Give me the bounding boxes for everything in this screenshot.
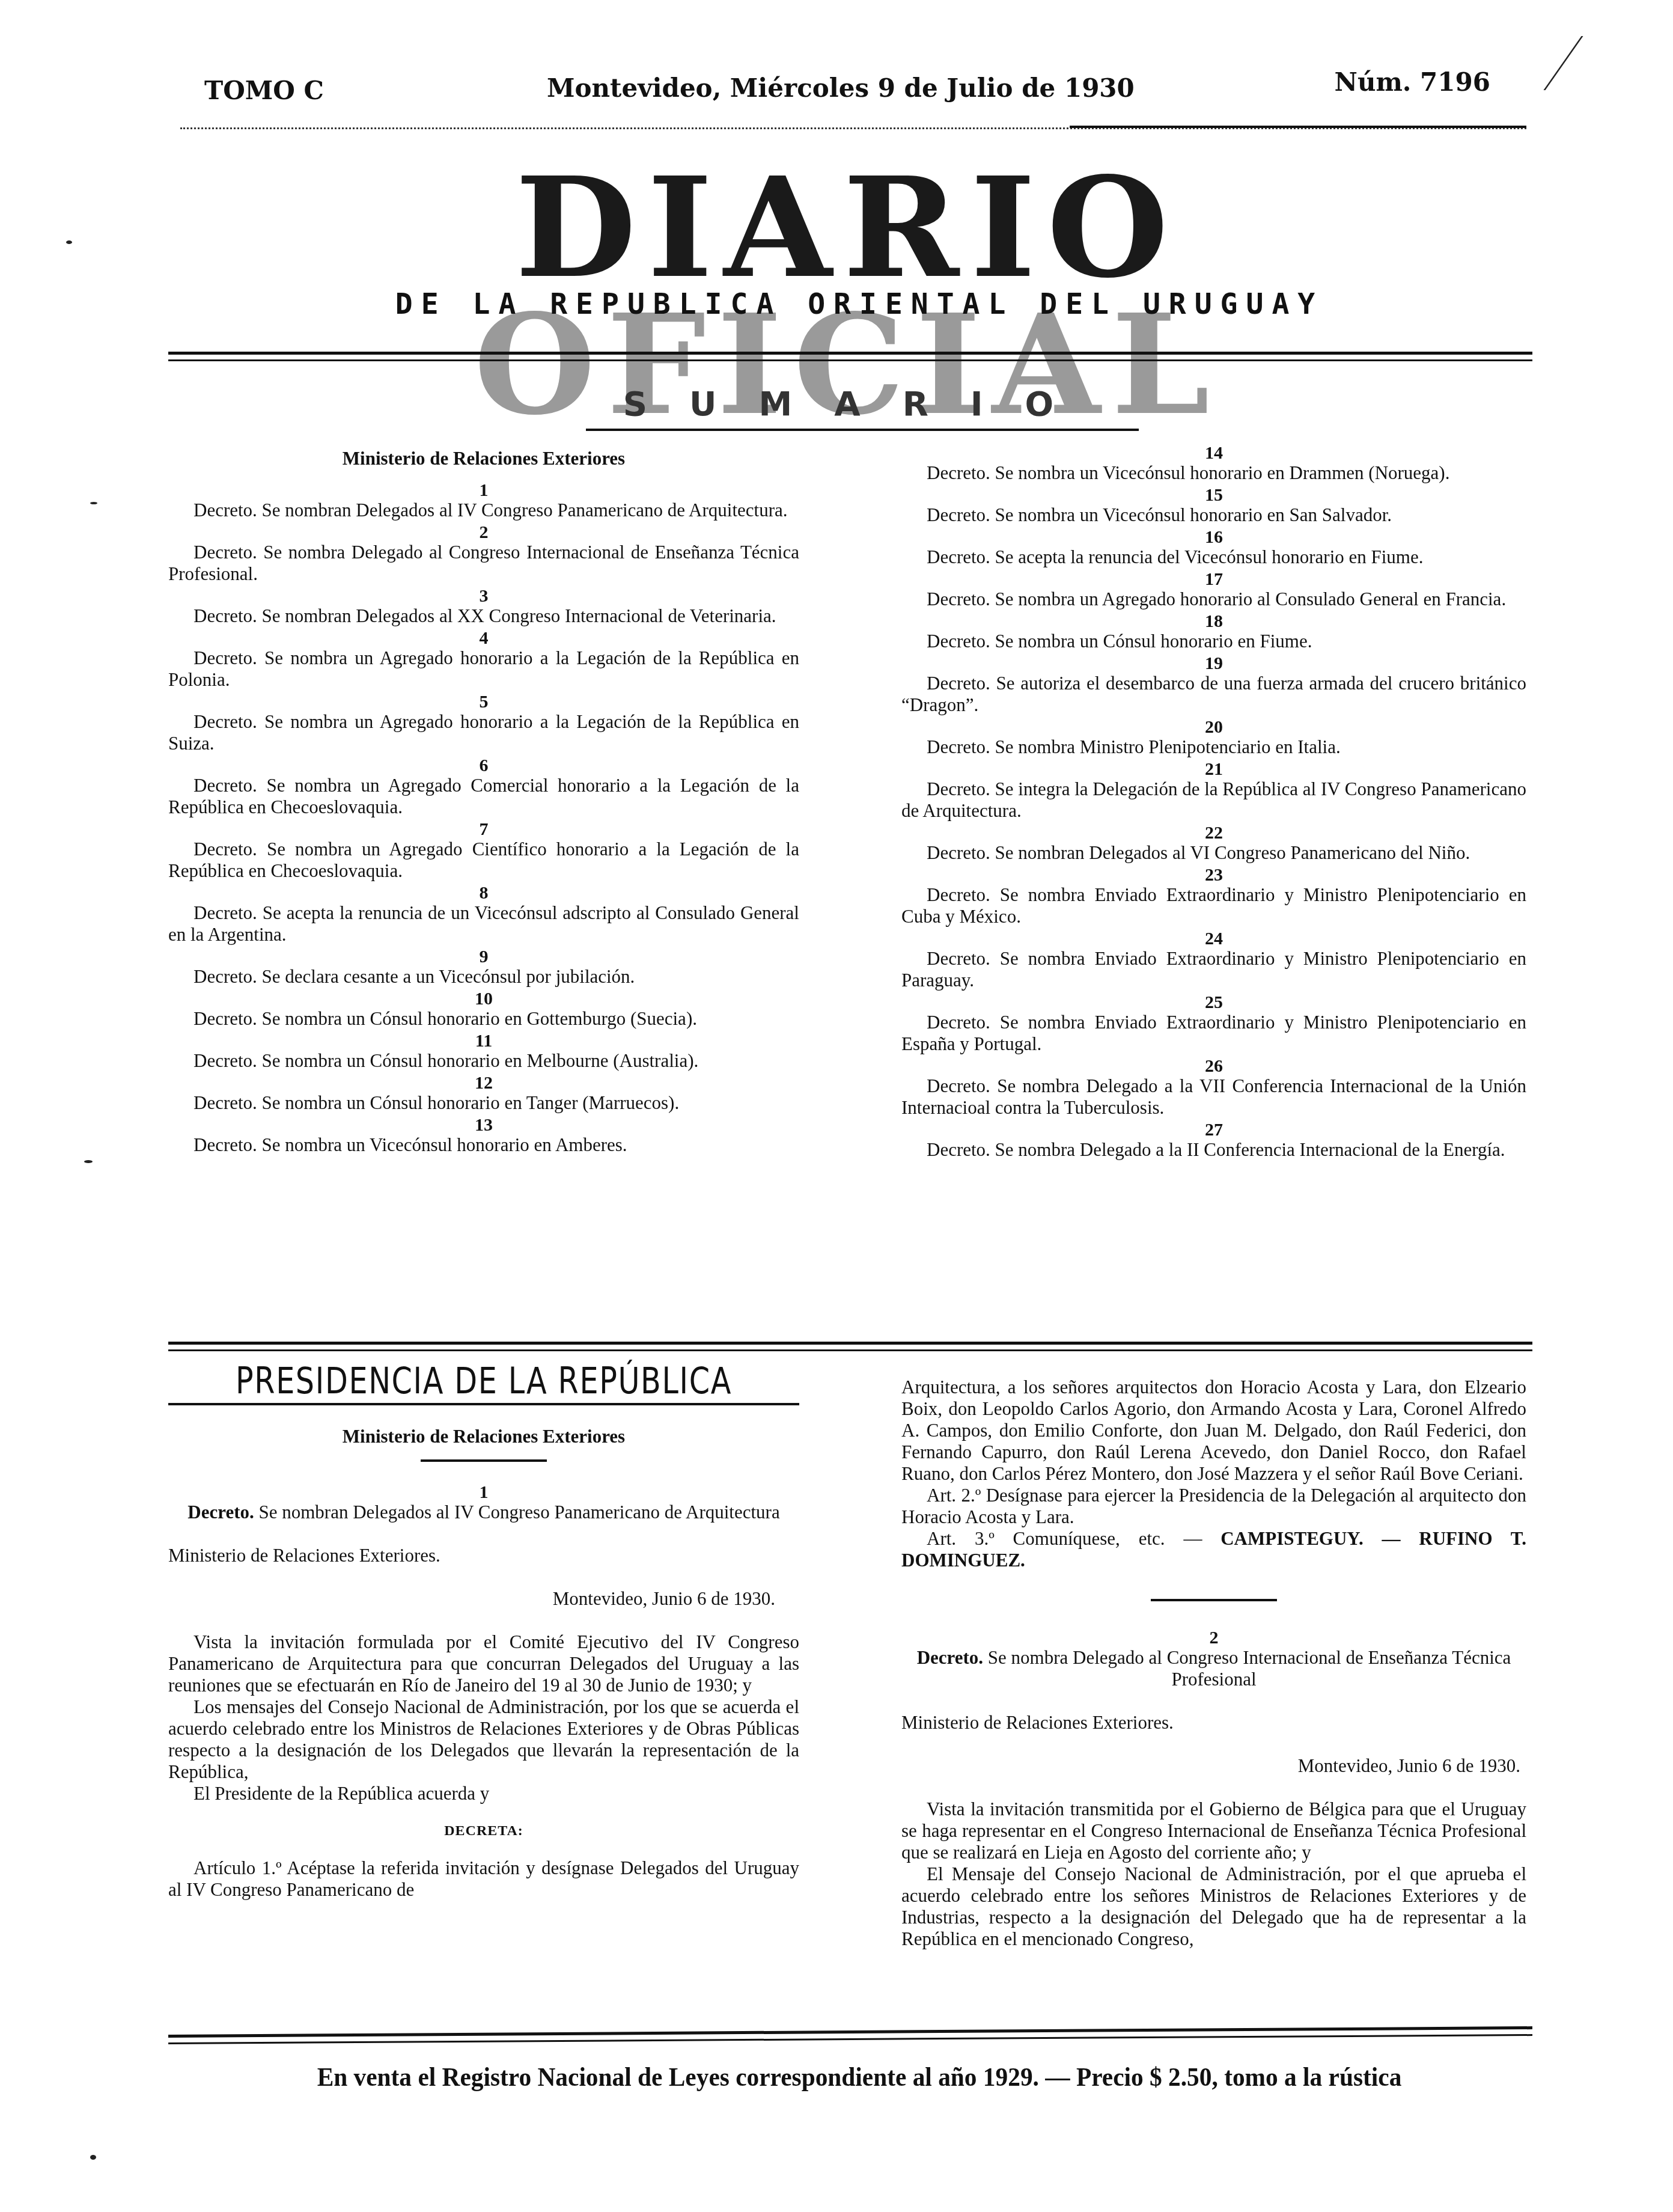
decree-paragraph: Los mensajes del Consejo Nacional de Adm… xyxy=(168,1696,799,1783)
decree-title: Decreto. Se nombran Delegados al IV Cong… xyxy=(168,1502,799,1523)
sumario-item-number: 3 xyxy=(168,587,799,605)
sumario-item-number: 19 xyxy=(901,655,1526,673)
decree-ministry: Ministerio de Relaciones Exteriores. xyxy=(901,1712,1526,1734)
sumario-left-column: Ministerio de Relaciones Exteriores 1Dec… xyxy=(168,448,799,1158)
decree-title-text: Se nombran Delegados al IV Congreso Pana… xyxy=(259,1502,780,1523)
decree-article: Artículo 1.º Acéptase la referida invita… xyxy=(168,1857,799,1901)
decree-ministry: Ministerio de Relaciones Exteriores. xyxy=(168,1545,799,1566)
sumario-item-number: 11 xyxy=(168,1032,799,1050)
sumario-item-number: 1 xyxy=(168,481,799,500)
scan-speck xyxy=(90,502,97,504)
sumario-item-number: 4 xyxy=(168,629,799,647)
sumario-item-text: Decreto. Se nombra un Agregado honorario… xyxy=(901,588,1526,610)
decree-paragraph: Vista la invitación formulada por el Com… xyxy=(168,1631,799,1696)
sumario-item-number: 20 xyxy=(901,718,1526,736)
section-divider-rule xyxy=(168,1342,1532,1351)
sumario-item-text: Decreto. Se nombra un Agregado honorario… xyxy=(168,647,799,691)
decree-article-text: Art. 3.º Comuníquese, etc. — xyxy=(927,1528,1220,1549)
decree-paragraph: El Mensaje del Consejo Nacional de Admin… xyxy=(901,1863,1526,1950)
sumario-item-text: Decreto. Se acepta la renuncia del Vicec… xyxy=(901,546,1526,568)
masthead-topline: TOMO C Montevideo, Miércoles 9 de Julio … xyxy=(204,67,1490,103)
sumario-item-number: 13 xyxy=(168,1116,799,1134)
scan-speck xyxy=(66,240,72,244)
decree-number: 1 xyxy=(168,1483,799,1502)
sumario-item-number: 24 xyxy=(901,930,1526,948)
sumario-item-text: Decreto. Se nombra Enviado Extraordinari… xyxy=(901,884,1526,927)
scan-speck xyxy=(84,1160,93,1163)
sumario-item-number: 5 xyxy=(168,693,799,711)
sumario-item-text: Decreto. Se nombra un Vicecónsul honorar… xyxy=(901,504,1526,526)
sumario-item-number: 21 xyxy=(901,760,1526,778)
sumario-left-list: 1Decreto. Se nombran Delegados al IV Con… xyxy=(168,481,799,1156)
decree-title-text: Se nombra Delegado al Congreso Internaci… xyxy=(988,1647,1511,1690)
sumario-item-text: Decreto. Se nombra Enviado Extraordinari… xyxy=(901,1012,1526,1055)
sumario-item-number: 8 xyxy=(168,884,799,902)
decree-article: Art. 2.º Desígnase para ejercer la Presi… xyxy=(901,1485,1526,1528)
sumario-item-text: Decreto. Se nombra Delegado a la VII Con… xyxy=(901,1075,1526,1119)
sumario-item-number: 9 xyxy=(168,948,799,966)
sumario-item-text: Decreto. Se nombra Delegado al Congreso … xyxy=(168,542,799,585)
sumario-item-text: Decreto. Se nombra Delegado a la II Conf… xyxy=(901,1139,1526,1161)
section-title-rule xyxy=(168,1403,799,1405)
sumario-item-text: Decreto. Se nombra un Agregado Comercial… xyxy=(168,775,799,818)
footer-rule xyxy=(168,2026,1532,2044)
sumario-item-number: 22 xyxy=(901,824,1526,842)
footer-notice: En venta el Registro Nacional de Leyes c… xyxy=(221,2062,1498,2092)
sumario-item-text: Decreto. Se nombra Ministro Plenipotenci… xyxy=(901,736,1526,758)
sumario-item-text: Decreto. Se nombra un Agregado Científic… xyxy=(168,839,799,882)
sumario-item-number: 7 xyxy=(168,820,799,839)
sumario-item-number: 17 xyxy=(901,570,1526,588)
sumario-item-number: 2 xyxy=(168,524,799,542)
sumario-item-number: 12 xyxy=(168,1074,799,1092)
sumario-item-text: Decreto. Se nombran Delegados al VI Cong… xyxy=(901,842,1526,864)
sumario-item-text: Decreto. Se nombra un Cónsul honorario e… xyxy=(168,1092,799,1114)
decree-paragraph: Vista la invitación transmitida por el G… xyxy=(901,1798,1526,1863)
sumario-item-number: 18 xyxy=(901,613,1526,631)
sumario-item-text: Decreto. Se nombra un Cónsul honorario e… xyxy=(168,1008,799,1030)
sumario-item-number: 27 xyxy=(901,1121,1526,1139)
sumario-item-text: Decreto. Se nombra Enviado Extraordinari… xyxy=(901,948,1526,991)
decree-paragraph: El Presidente de la República acuerda y xyxy=(168,1783,799,1804)
sumario-item-text: Decreto. Se nombran Delegados al IV Cong… xyxy=(168,500,799,521)
issue-number: Núm. 7196 xyxy=(1334,67,1490,97)
sumario-item-text: Decreto. Se autoriza el desembarco de un… xyxy=(901,673,1526,716)
sumario-right-column: 14Decreto. Se nombra un Vicecónsul honor… xyxy=(901,442,1526,1163)
body-ministry-heading: Ministerio de Relaciones Exteriores xyxy=(168,1426,799,1447)
sumario-item-number: 10 xyxy=(168,990,799,1008)
masthead-top-rule xyxy=(180,127,1526,134)
issue-date: Montevideo, Miércoles 9 de Julio de 1930 xyxy=(547,73,1135,103)
sumario-right-list: 14Decreto. Se nombra un Vicecónsul honor… xyxy=(901,444,1526,1161)
volume-label: TOMO C xyxy=(204,76,324,105)
sumario-item-text: Decreto. Se nombra un Cónsul honorario e… xyxy=(901,631,1526,652)
sumario-item-number: 25 xyxy=(901,994,1526,1012)
sumario-ministry-heading: Ministerio de Relaciones Exteriores xyxy=(168,448,799,469)
decree-dateline: Montevideo, Junio 6 de 1930. xyxy=(168,1588,799,1610)
scan-corner-mark xyxy=(1543,36,1619,90)
body-left-column: PRESIDENCIA DE LA REPÚBLICA Ministerio d… xyxy=(168,1352,799,1901)
sumario-item-text: Decreto. Se integra la Delegación de la … xyxy=(901,778,1526,822)
heading-short-rule xyxy=(421,1459,547,1462)
scan-speck xyxy=(90,2155,96,2160)
newspaper-subtitle: DE LA REPUBLICA ORIENTAL DEL URUGUAY xyxy=(180,287,1538,321)
decree-separator xyxy=(1151,1599,1277,1601)
decree-title-lead: Decreto. xyxy=(187,1502,254,1523)
sumario-item-text: Decreto. Se acepta la renuncia de un Vic… xyxy=(168,902,799,946)
decreta-heading: DECRETA: xyxy=(168,1820,799,1842)
decree-article: Art. 3.º Comuníquese, etc. — CAMPISTEGUY… xyxy=(901,1528,1526,1571)
decree-title: Decreto. Se nombra Delegado al Congreso … xyxy=(901,1647,1526,1690)
sumario-item-number: 23 xyxy=(901,866,1526,884)
sumario-item-text: Decreto. Se declara cesante a un Vicecón… xyxy=(168,966,799,988)
sumario-heading: SUMARIO xyxy=(180,385,1538,424)
newspaper-page: TOMO C Montevideo, Miércoles 9 de Julio … xyxy=(0,0,1673,2212)
sumario-item-text: Decreto. Se nombra un Vicecónsul honorar… xyxy=(901,462,1526,484)
sumario-item-number: 26 xyxy=(901,1057,1526,1075)
sumario-item-text: Decreto. Se nombran Delegados al XX Cong… xyxy=(168,605,799,627)
sumario-item-number: 15 xyxy=(901,486,1526,504)
decree-title-lead: Decreto. xyxy=(917,1647,983,1668)
masthead-bottom-rule xyxy=(168,352,1532,361)
sumario-underline xyxy=(586,429,1139,431)
sumario-item-number: 6 xyxy=(168,757,799,775)
body-right-column: Arquitectura, a los señores arquitectos … xyxy=(901,1376,1526,1950)
decree-number: 2 xyxy=(901,1629,1526,1647)
decree-article-continued: Arquitectura, a los señores arquitectos … xyxy=(901,1376,1526,1485)
sumario-item-number: 14 xyxy=(901,444,1526,462)
section-title: PRESIDENCIA DE LA REPÚBLICA xyxy=(225,1370,743,1392)
decree-dateline: Montevideo, Junio 6 de 1930. xyxy=(901,1755,1526,1777)
sumario-item-text: Decreto. Se nombra un Vicecónsul honorar… xyxy=(168,1134,799,1156)
sumario-item-text: Decreto. Se nombra un Agregado honorario… xyxy=(168,711,799,754)
sumario-item-number: 16 xyxy=(901,528,1526,546)
sumario-item-text: Decreto. Se nombra un Cónsul honorario e… xyxy=(168,1050,799,1072)
